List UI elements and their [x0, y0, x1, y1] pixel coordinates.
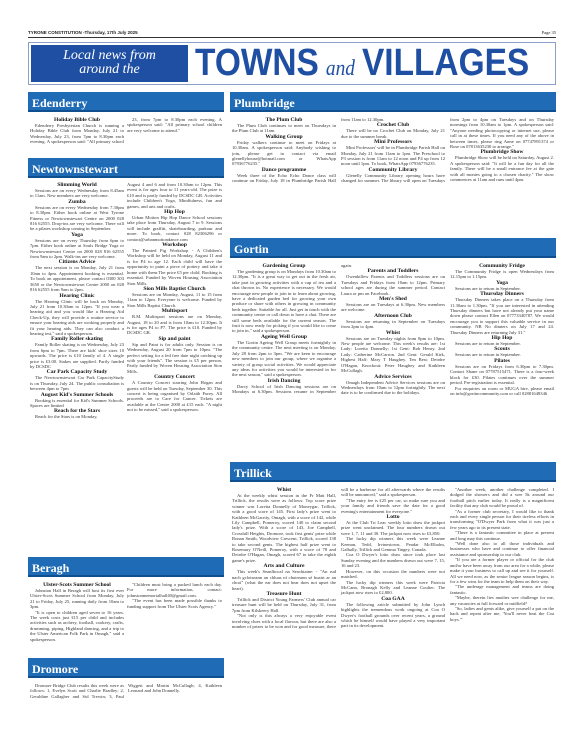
banner-tagline: Local news from around the: [31, 45, 188, 82]
article-body: "Maybe, therein lies another wee challen…: [450, 595, 554, 606]
article-body: Mini Professors' will be in Plumbridge P…: [341, 145, 445, 167]
section-header-beragh: Beragh: [28, 557, 224, 577]
section-header-plumbridge: Plumbridge: [230, 92, 556, 112]
article-body: "As a former club secretary, I would lik…: [450, 509, 554, 531]
article-body: The lucky dip winners this week were Pat…: [341, 580, 445, 596]
article-body: Plumbridge Show will be held on Saturday…: [450, 155, 554, 182]
section-header-trillick: Trillick: [230, 462, 556, 482]
article-body: Omagh Independent Advice Services sessio…: [341, 380, 445, 396]
article-body: A Country Concert starring John Hogan an…: [127, 380, 222, 412]
article-body: "The underage management and teams are d…: [450, 584, 554, 595]
tagline-line2: around the: [31, 63, 188, 77]
article-body: At the Club Tri Leac weekly lotto draw t…: [341, 520, 445, 536]
article-body: "Another week, another challenge complet…: [450, 487, 554, 509]
article-body: There will be no Crochet Club on Monday,…: [341, 128, 445, 139]
article-body: Dromore Bridge Club results this week we…: [30, 683, 222, 699]
article-body: Sessions are on every Wednesday from 7.3…: [30, 205, 124, 232]
gortin-body: Gardening GroupThe gardening group is on…: [232, 263, 554, 458]
article-body: Sessions are returning in September on T…: [341, 319, 445, 330]
article-body: The Newtownstewart Car Park CapacityStud…: [30, 375, 124, 391]
article-body: The Hearing Clinic will be back on Monda…: [30, 299, 124, 337]
article-body: Johnston Hall in Beragh will host its fi…: [30, 588, 124, 610]
title-villages: VILLAGES: [362, 42, 529, 84]
trillick-body: WhistAt the weekly whist session in the …: [232, 487, 554, 712]
article-body-cont: 23, from 7pm to 8.30pm each evening. A s…: [127, 117, 222, 133]
article-body: Sip and Paint is for adults only. Sessio…: [127, 342, 222, 374]
article-body: Sessions are on every Thursday from 6pm …: [30, 238, 124, 260]
article-body: R.M. Multisport sessions are on Monday, …: [127, 314, 222, 336]
title-towns: TOWNS: [195, 42, 319, 84]
article-body: The Plum Club continues to meet on Thurs…: [232, 123, 336, 134]
article-body: Sessions are on Monday, August, 11 to 15…: [127, 292, 222, 308]
article-body: "The event has been made possible thanks…: [127, 598, 222, 609]
article-body: Urban Motion Hip Hop Dance School sessio…: [127, 215, 222, 242]
page-number: Page 35: [542, 30, 556, 35]
article-body: The Community Fridge is open Wednesdays …: [450, 269, 554, 280]
article-body: This week's Seanfhocal na Seachtaine: - …: [232, 569, 336, 591]
edenderry-col1: Holiday Bible Club Edenderry Presbyteria…: [30, 117, 124, 145]
article-body: August 4 and 6 and from 10.30am to 12pm.…: [127, 182, 222, 209]
article-body: Coa O Dwyer's lotto draw since took plac…: [341, 552, 445, 568]
article-body: Sessions are on Tuesday nights from 8pm …: [341, 336, 445, 374]
article-heading: August Kid's Summer Schools: [30, 392, 124, 398]
article-body: Thursday Dinners takes place on a Thursd…: [450, 297, 554, 335]
section-header-edenderry: Edenderry: [28, 92, 224, 112]
article-body: Booking is essential for Kid's Summer Sc…: [30, 398, 124, 409]
article-body: Sessions are on every Wednesday from 8.4…: [30, 188, 124, 199]
publication-line: TYRONE CONSTITUTION -Thursday, 17th July…: [28, 30, 138, 35]
beragh-col1: Ulster-Scots Summer School Johnston Hall…: [30, 582, 124, 654]
beragh-col2: "Children must bring a packed lunch each…: [127, 582, 222, 654]
article-body: Sessions are on Fridays from 6.30pm to 7…: [450, 364, 554, 386]
section-header-gortin: Gortin: [230, 238, 556, 258]
article-body: The next session is on Monday, July 21 f…: [30, 265, 124, 292]
article-body: "There is a fantastic committee in place…: [450, 530, 554, 541]
article-body: Owenkillew Parents and Toddlers sessions…: [341, 274, 445, 296]
article-body: Family Roller skating is on Wednesday, J…: [30, 342, 124, 369]
newtownstewart-col2: August 4 and 6 and from 10.30am to 12pm.…: [127, 182, 222, 552]
article-body: Reach for the Stars is on Monday,: [30, 414, 124, 419]
title-and: and: [326, 55, 355, 80]
article-body: Sessions are on Tuesdays at 6.30pm. New …: [341, 302, 445, 313]
article-body: The Painted Pig Workshop - A Children's …: [127, 248, 222, 286]
towns-villages-banner: Local news from around the TOWNSandVILLA…: [28, 42, 556, 85]
article-body: Edenderry Presbyterian Church is running…: [30, 123, 124, 145]
article-body: The Gortin Ageing Well Group meets fortn…: [232, 340, 336, 378]
running-header: TYRONE CONSTITUTION -Thursday, 17th July…: [28, 30, 556, 38]
article-body: Friday walkers continue to meet on Frida…: [232, 140, 336, 167]
tagline-line1: Local news from: [31, 49, 188, 63]
article-body: The gardening group is on Mondays from 1…: [232, 269, 336, 334]
newtownstewart-col1: Slimming WorldSessions are on every Wedn…: [30, 182, 124, 552]
edenderry-col2: 23, from 7pm to 8.30pm each evening. A s…: [127, 117, 222, 133]
dromore-body: Dromore Bridge Club results this week we…: [30, 683, 222, 699]
article-body: "So, ladies and gents alike, give yourse…: [450, 606, 554, 622]
article-body: For enquiries on room or MUGA hire, plea…: [450, 386, 554, 397]
article-body: Trillick and District Young Farmers' Clu…: [232, 597, 336, 613]
plumbridge-body: The Plum ClubThe Plum Club continues to …: [232, 117, 554, 234]
article-body: The following article submitted by John …: [341, 602, 445, 629]
article-body: "If you are a former player or official …: [450, 557, 554, 584]
article-body: "Well done also to all those individuals…: [450, 541, 554, 557]
article-body: "It is open to children aged seven to 16…: [30, 610, 124, 642]
section-header-newtownstewart: Newtownstewart: [28, 158, 224, 178]
section-header-dromore: Dromore: [28, 658, 224, 678]
article-body: However, on this occasion the numbers we…: [341, 569, 445, 580]
article-body: "The entry fee is £25 per car, so make s…: [341, 498, 445, 514]
banner-title: TOWNSandVILLAGES: [195, 42, 529, 85]
article-body: At the weekly whist session in the Fr Ma…: [232, 493, 336, 563]
article-body: "Children must bring a packed lunch each…: [127, 582, 222, 598]
article-body: The lucky dip winners this week were Lea…: [341, 536, 445, 552]
